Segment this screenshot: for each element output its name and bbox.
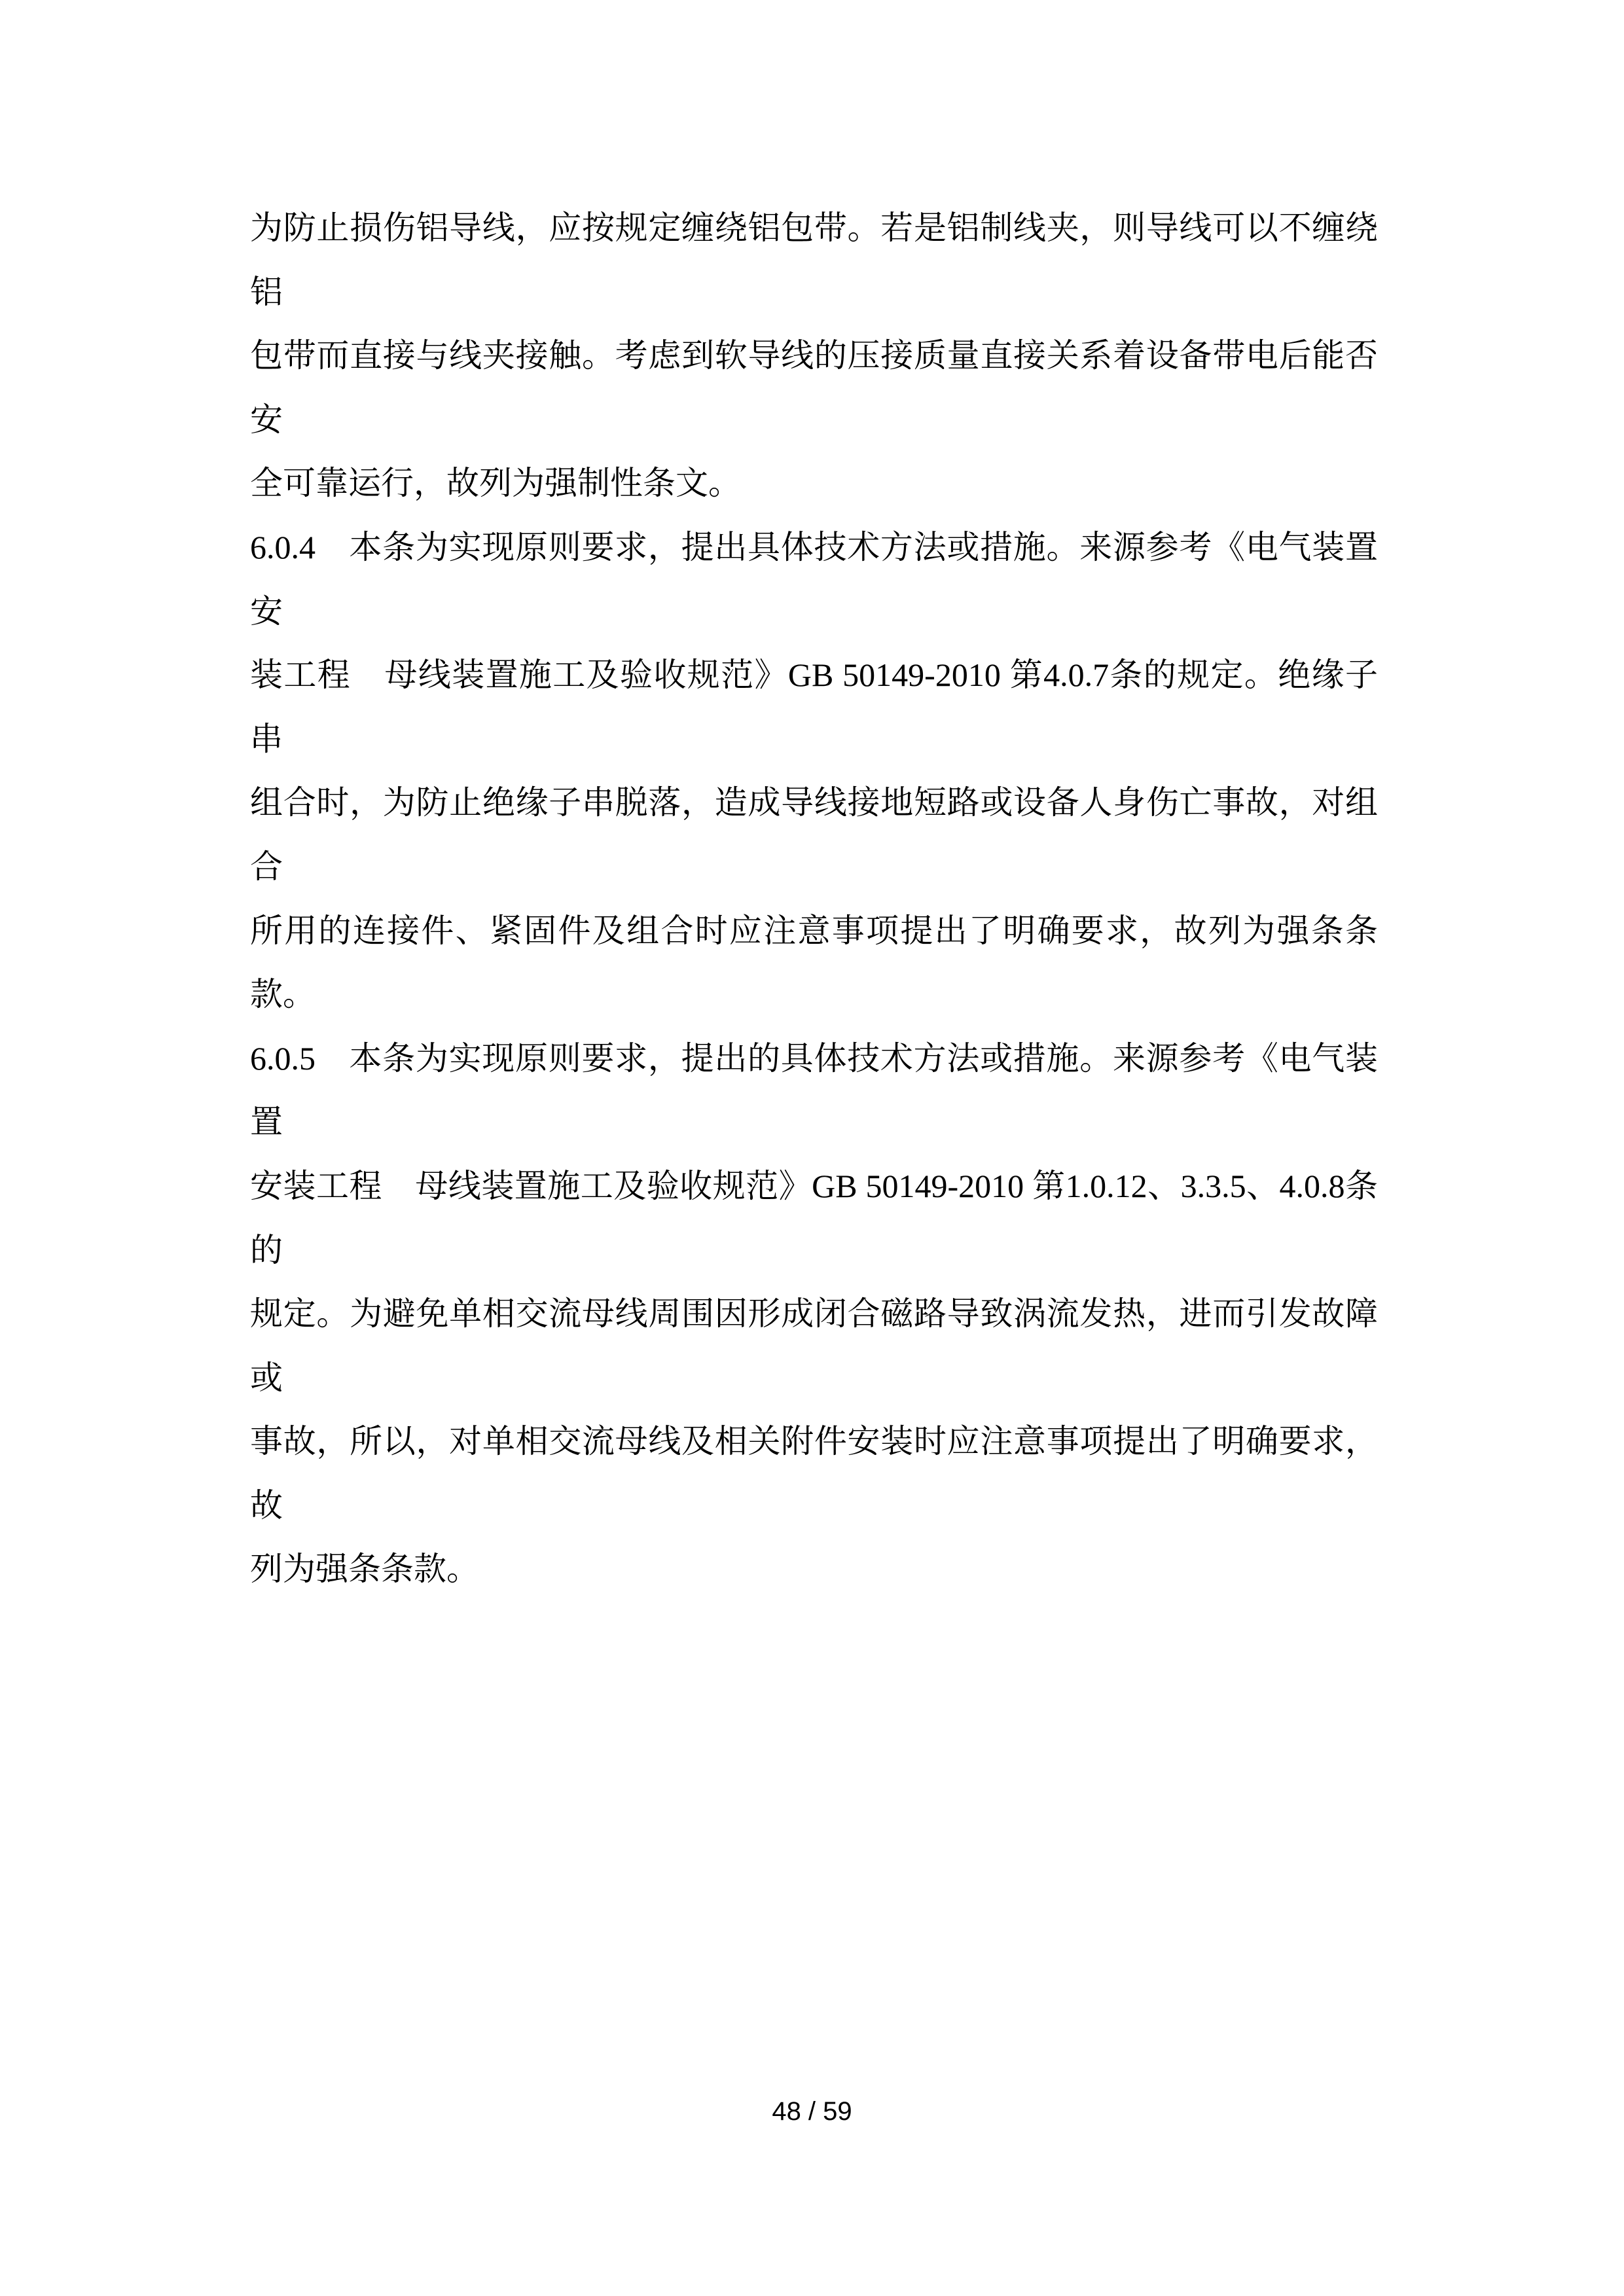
text-line: 为防止损伤铝导线，应按规定缠绕铝包带。若是铝制线夹，则导线可以不缠绕铝	[250, 196, 1378, 324]
text-line: 包带而直接与线夹接触。考虑到软导线的压接质量直接关系着设备带电后能否安	[250, 324, 1378, 452]
text-line: 装工程 母线装置施工及验收规范》GB 50149-2010 第4.0.7条的规定…	[250, 643, 1378, 771]
document-page: 为防止损伤铝导线，应按规定缠绕铝包带。若是铝制线夹，则导线可以不缠绕铝包带而直接…	[0, 0, 1624, 2296]
text-line: 安装工程 母线装置施工及验收规范》GB 50149-2010 第1.0.12、3…	[250, 1155, 1378, 1282]
text-line: 规定。为避免单相交流母线周围因形成闭合磁路导致涡流发热，进而引发故障或	[250, 1282, 1378, 1410]
text-line: 全可靠运行，故列为强制性条文。	[250, 452, 1378, 516]
text-line: 组合时，为防止绝缘子串脱落，造成导线接地短路或设备人身伤亡事故，对组合	[250, 771, 1378, 899]
para-clause-6-0-5: 6.0.5 本条为实现原则要求，提出的具体技术方法或措施。来源参考《电气装置安装…	[250, 1027, 1378, 1602]
para-continuation: 为防止损伤铝导线，应按规定缠绕铝包带。若是铝制线夹，则导线可以不缠绕铝包带而直接…	[250, 196, 1378, 516]
para-clause-6-0-4: 6.0.4 本条为实现原则要求，提出具体技术方法或措施。来源参考《电气装置安装工…	[250, 516, 1378, 1027]
page-indicator: 48 / 59	[772, 2097, 852, 2126]
text-line: 事故，所以，对单相交流母线及相关附件安装时应注意事项提出了明确要求，故	[250, 1410, 1378, 1537]
page-footer: 48 / 59	[0, 2096, 1624, 2127]
text-line: 6.0.4 本条为实现原则要求，提出具体技术方法或措施。来源参考《电气装置安	[250, 516, 1378, 643]
text-line: 6.0.5 本条为实现原则要求，提出的具体技术方法或措施。来源参考《电气装置	[250, 1027, 1378, 1155]
text-line: 所用的连接件、紧固件及组合时应注意事项提出了明确要求，故列为强条条款。	[250, 899, 1378, 1027]
text-line: 列为强条条款。	[250, 1537, 1378, 1602]
text-block: 为防止损伤铝导线，应按规定缠绕铝包带。若是铝制线夹，则导线可以不缠绕铝包带而直接…	[250, 196, 1378, 1602]
